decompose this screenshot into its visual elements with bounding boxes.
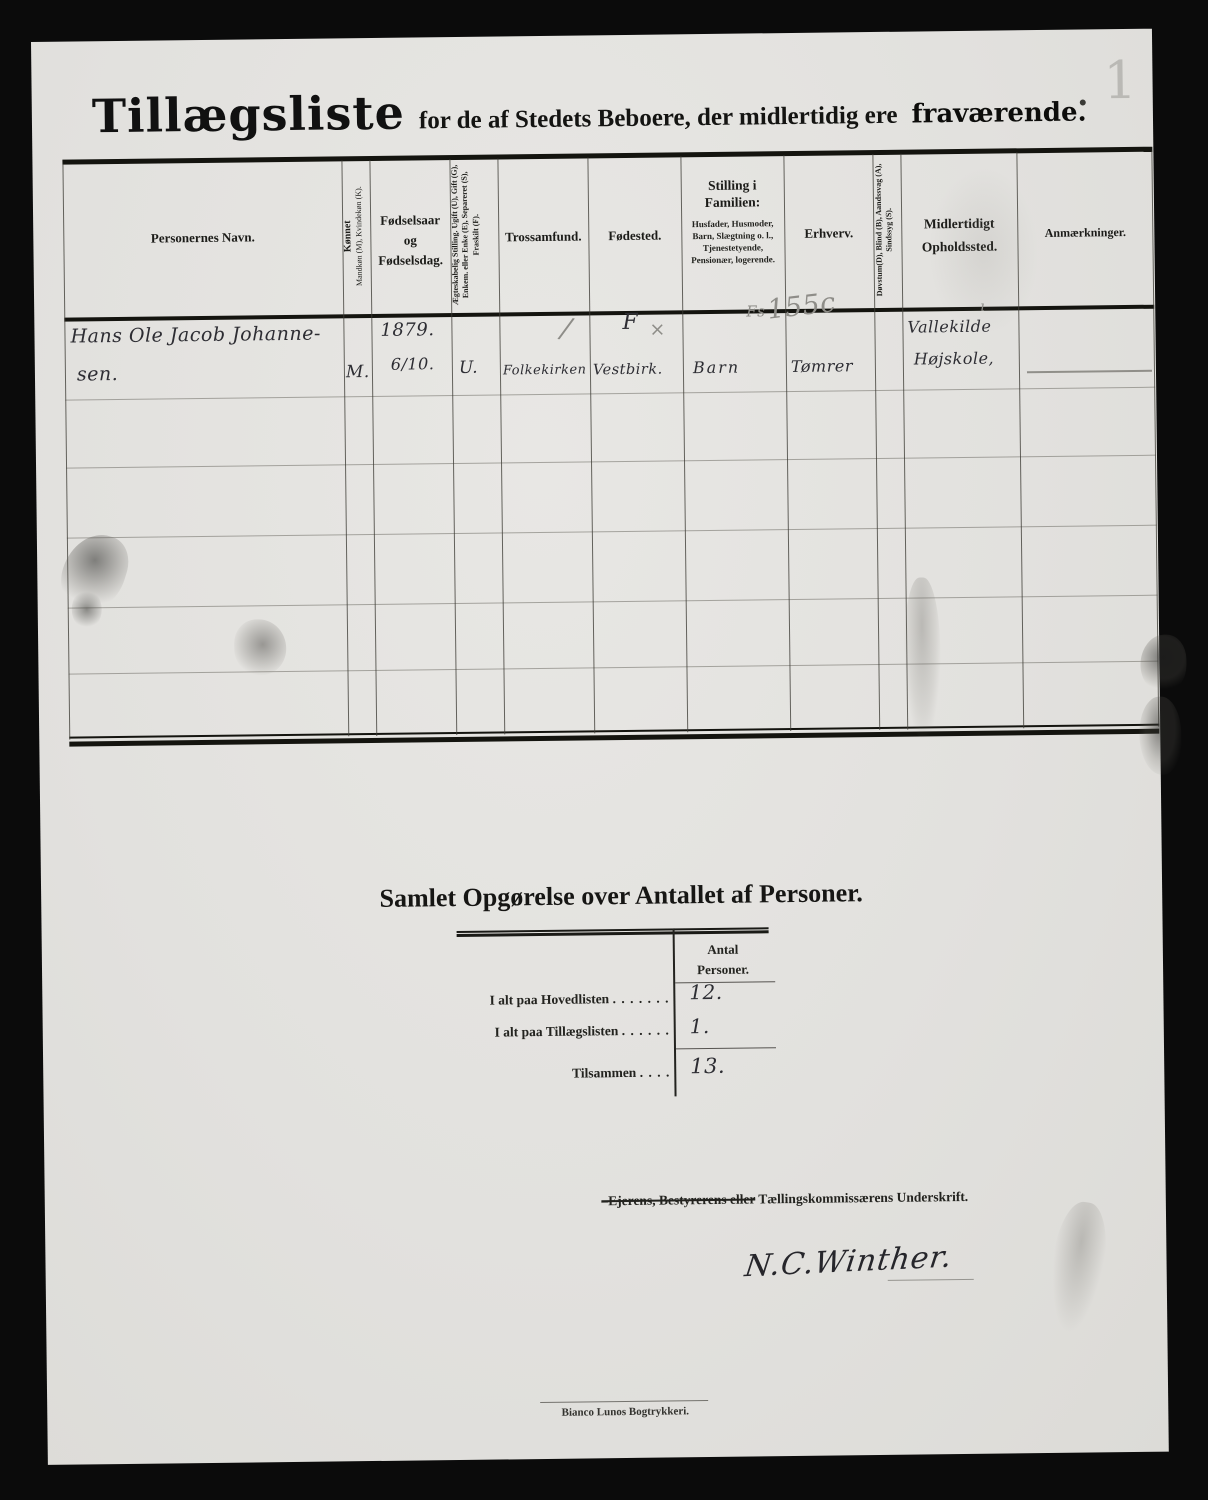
column-header-midlertidigt: Midlertidigt Opholdssted. bbox=[901, 212, 1018, 259]
scanned-census-page: { "title": { "main": "Tillægsliste", "ta… bbox=[0, 0, 1208, 1500]
pencil-code-fs: Fs bbox=[746, 302, 765, 320]
pencil-page-number: 1 bbox=[1103, 51, 1137, 111]
printer-rule bbox=[540, 1400, 708, 1403]
summary-label-tilsammen: Tilsammen bbox=[572, 1065, 636, 1081]
ink-letter-mark: F bbox=[622, 310, 638, 335]
entry-religion: Folkekirken bbox=[503, 362, 587, 378]
stilling-title-line2: Familien: bbox=[681, 194, 784, 212]
entry-residence-line2: Højskole, bbox=[914, 349, 994, 369]
summary-row-label: I alt paa Tillægslisten . . . . . . bbox=[458, 1022, 670, 1041]
column-header-aegteskabelig: Ægteskabelig Stilling. Ugift (U), Gift (… bbox=[449, 159, 499, 310]
column-header-stilling: Stilling i Familien: Husfader, Husmoder,… bbox=[681, 177, 785, 267]
pencil-tick-mark: ı bbox=[980, 299, 985, 315]
column-header-doevstum: Døvstum(D), Blind (B), Aandssvag (A), Si… bbox=[873, 155, 901, 305]
column-header-navn: Personernes Navn. bbox=[63, 228, 342, 247]
entry-name-line1: Hans Ole Jacob Johanne- bbox=[70, 323, 321, 348]
summary-label-tillaegslisten: I alt paa Tillægslisten bbox=[495, 1023, 619, 1039]
table-vline bbox=[62, 164, 70, 740]
title-emphasis: fraværende. bbox=[911, 97, 1086, 129]
ink-smudge bbox=[903, 577, 941, 737]
gray-streak bbox=[1042, 1199, 1113, 1337]
census-table: Personernes Navn. Kønnet Mandkøn (M), Kv… bbox=[62, 147, 1159, 748]
page-title: Tillægsliste for de af Stedets Beboere, … bbox=[92, 77, 1133, 143]
summary-sum-rule bbox=[676, 1047, 776, 1049]
pencil-tally-mark: / bbox=[559, 311, 574, 345]
summary-row-label: I alt paa Hovedlisten . . . . . . . bbox=[457, 990, 669, 1009]
summary-value-hovedlisten: 12. bbox=[689, 980, 723, 1004]
entry-sex: M. bbox=[346, 362, 370, 382]
summary-col-header-line2: Personer. bbox=[673, 959, 773, 980]
column-header-foedested: Fødested. bbox=[588, 227, 681, 244]
entry-residence-line1: Vallekilde bbox=[907, 317, 991, 337]
title-main: Tillægsliste bbox=[92, 86, 406, 144]
entry-name-line2: sen. bbox=[77, 363, 119, 385]
paper-sheet: Tillægsliste for de af Stedets Beboere, … bbox=[31, 29, 1169, 1465]
entry-birthplace: Vestbirk. bbox=[593, 362, 663, 379]
signature-trailing-stroke bbox=[888, 1279, 974, 1281]
summary-label-hovedlisten: I alt paa Hovedlisten bbox=[489, 991, 609, 1007]
printer-credit: Bianco Lunos Bogtrykkeri. bbox=[510, 1405, 740, 1420]
signature-handwriting: N.C.Winther. bbox=[743, 1240, 955, 1285]
entry-birth-year: 1879. bbox=[380, 319, 434, 341]
summary-value-tilsammen: 13. bbox=[690, 1054, 725, 1078]
entry-remarks-dash bbox=[1027, 370, 1152, 373]
column-header-koennet: Kønnet Mandkøn (M), Kvindekøn (K). bbox=[341, 161, 371, 311]
summary-table: Antal Personer. I alt paa Hovedlisten . … bbox=[457, 927, 779, 1107]
table-row-line bbox=[68, 595, 1158, 609]
column-header-erhverv: Erhverv. bbox=[784, 225, 873, 242]
column-header-foedsel: Fødselsaar og Fødselsdag. bbox=[370, 210, 451, 271]
summary-col-header-line1: Antal bbox=[673, 939, 773, 960]
signature-label: –Ejerens, Bestyrerens eller Tællingskomm… bbox=[465, 1187, 1105, 1211]
table-row-line bbox=[65, 387, 1155, 401]
entry-marital-status: U. bbox=[459, 358, 478, 378]
foedsel-line3: Fødselsdag. bbox=[371, 250, 451, 271]
table-row-line bbox=[66, 455, 1156, 469]
summary-heading: Samlet Opgørelse over Antallet af Person… bbox=[321, 877, 921, 914]
stilling-sub: Husfader, Husmoder, Barn, Slægtning o. l… bbox=[681, 217, 785, 267]
stilling-title-line1: Stilling i bbox=[681, 177, 784, 195]
table-top-rule bbox=[62, 147, 1152, 164]
table-row-line bbox=[67, 525, 1157, 539]
midlertidigt-line1: Midlertidigt bbox=[901, 212, 1017, 236]
koennet-sub: Mandkøn (M), Kvindekøn (K). bbox=[353, 161, 364, 311]
foedsel-line1: Fødselsaar bbox=[370, 210, 450, 231]
foedsel-line2: og bbox=[370, 230, 450, 251]
summary-row-label: Tilsammen . . . . bbox=[458, 1064, 670, 1083]
summary-value-tillaegslisten: 1. bbox=[690, 1014, 710, 1038]
entry-family-position: Barn bbox=[693, 358, 740, 378]
dots: . . . . . . . bbox=[612, 990, 669, 1006]
signature-label-struck: –Ejerens, Bestyrerens eller bbox=[601, 1191, 755, 1208]
entry-birth-day: 6/10. bbox=[391, 354, 435, 374]
signature-label-rest: Tællingskommissærens Underskrift. bbox=[758, 1189, 968, 1206]
entry-occupation: Tømrer bbox=[791, 356, 853, 376]
pencil-cross-mark: × bbox=[649, 318, 666, 340]
dots: . . . . bbox=[640, 1064, 671, 1079]
summary-col-header: Antal Personer. bbox=[673, 939, 773, 979]
table-row-line bbox=[68, 661, 1158, 675]
column-header-trossamfund: Trossamfund. bbox=[498, 228, 588, 245]
column-header-anmaerkninger: Anmærkninger. bbox=[1017, 225, 1153, 242]
pencil-code-155c: 155c bbox=[766, 287, 838, 326]
dots: . . . . . . bbox=[622, 1022, 670, 1038]
title-tail: for de af Stedets Beboere, der midlertid… bbox=[419, 102, 898, 136]
midlertidigt-line2: Opholdssted. bbox=[901, 235, 1017, 259]
